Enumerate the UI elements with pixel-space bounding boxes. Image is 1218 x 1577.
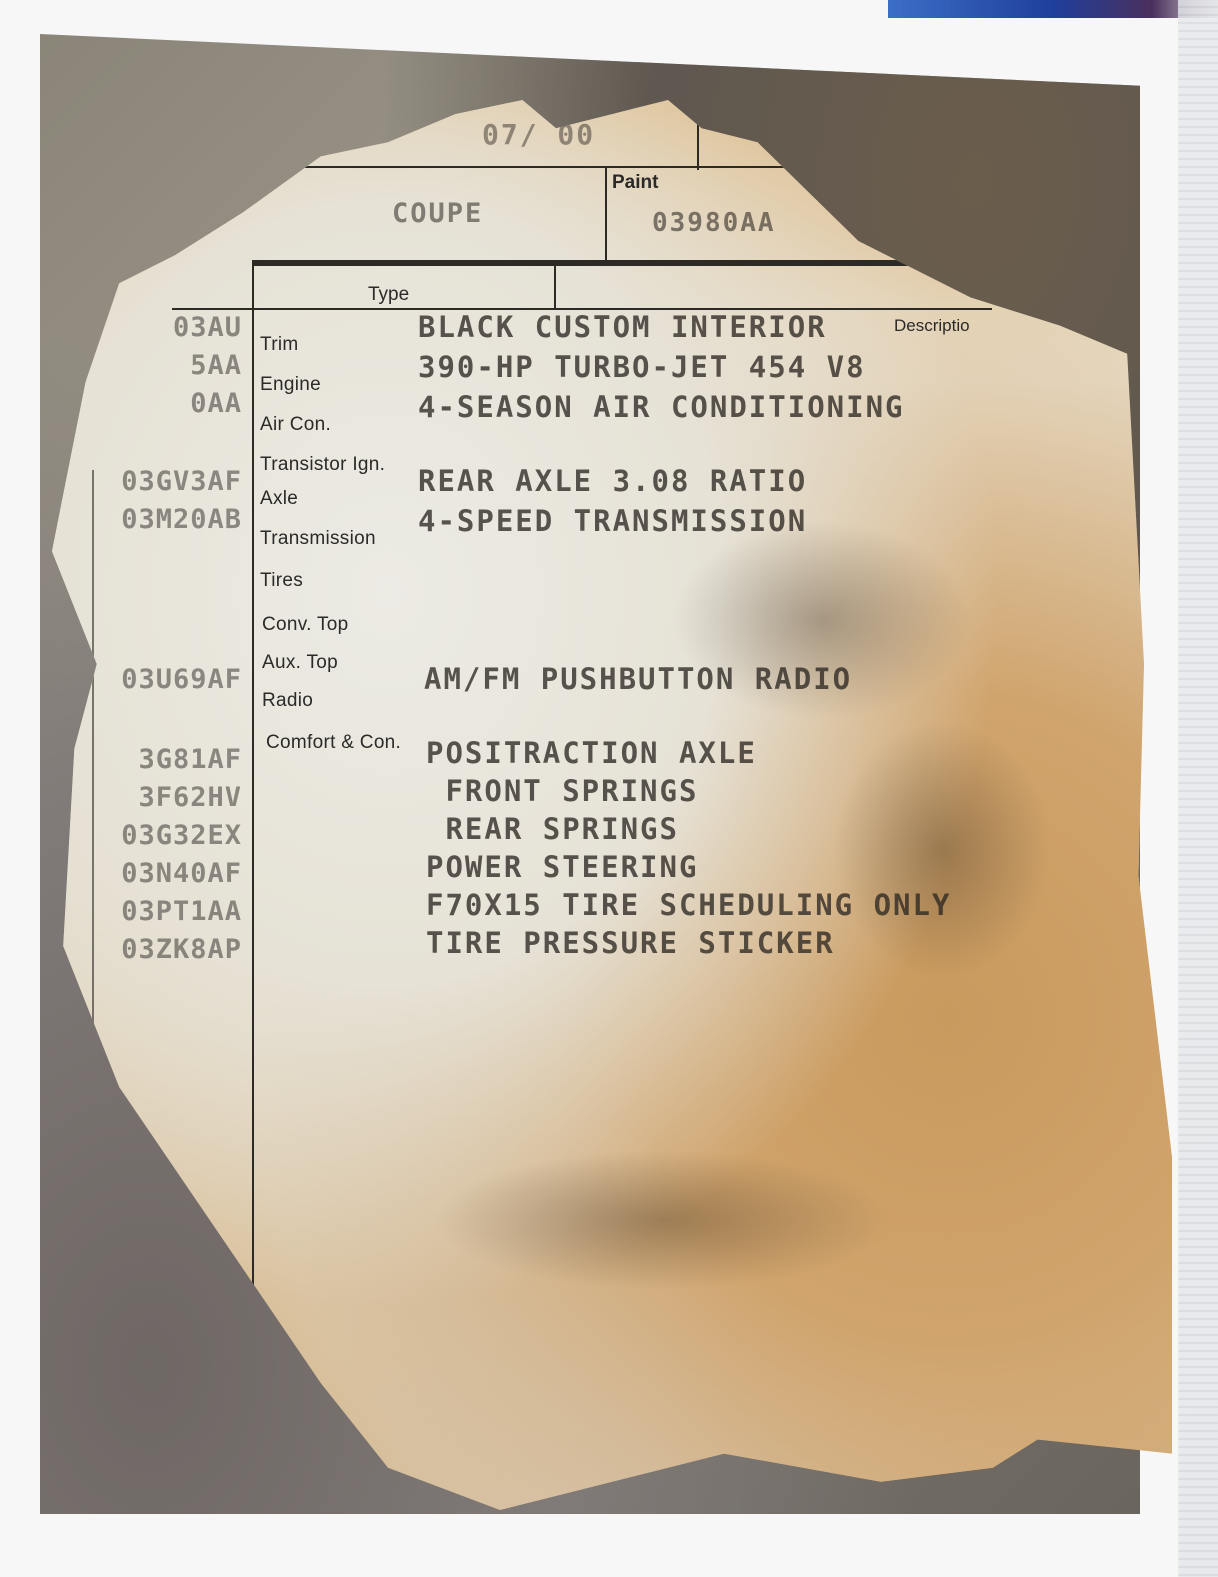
- option-description: POSITRACTION AXLE: [426, 736, 757, 770]
- option-label-engine: Engine: [260, 374, 321, 396]
- thick-header-rule: [252, 260, 992, 266]
- option-label-trim: Trim: [260, 334, 298, 356]
- header-partial-text: 07/ 00: [482, 118, 595, 151]
- option-label-transistor-ign: Transistor Ign.: [260, 454, 385, 476]
- paint-label: Paint: [612, 172, 658, 194]
- header-rule: [292, 166, 852, 168]
- option-description: REAR AXLE 3.08 RATIO: [418, 464, 807, 498]
- option-description: REAR SPRINGS: [426, 812, 679, 846]
- option-description: POWER STEERING: [426, 850, 698, 884]
- option-code: 03N40AF: [82, 858, 242, 889]
- type-divider: [554, 266, 556, 310]
- option-label-radio: Radio: [262, 690, 313, 712]
- option-description: TIRE PRESSURE STICKER: [426, 926, 835, 960]
- option-description: BLACK CUSTOM INTERIOR: [418, 310, 827, 344]
- paint-code: 03980AA: [652, 208, 776, 238]
- option-code: 03PT1AA: [82, 896, 242, 927]
- option-label-comfort-con: Comfort & Con.: [266, 732, 401, 754]
- description-label: Descriptio: [894, 316, 970, 336]
- option-code: 3F62HV: [82, 782, 242, 813]
- ink-smudge: [832, 720, 1052, 980]
- paint-divider: [605, 166, 607, 266]
- option-code: 5AA: [82, 350, 242, 381]
- option-label-axle: Axle: [260, 488, 298, 510]
- option-label-tires: Tires: [260, 570, 303, 592]
- type-label: Type: [368, 284, 409, 306]
- option-code: 03G32EX: [82, 820, 242, 851]
- plastic-sleeve-edge: [1178, 0, 1218, 1577]
- background-fabric: [888, 0, 1218, 18]
- option-description: F70X15 TIRE SCHEDULING ONLY: [426, 888, 951, 922]
- option-label-air-con: Air Con.: [260, 414, 331, 436]
- ink-smudge: [432, 1150, 892, 1290]
- option-description: 390-HP TURBO-JET 454 V8: [418, 350, 866, 384]
- option-label-transmission: Transmission: [260, 528, 376, 550]
- option-code: 0AA: [82, 388, 242, 419]
- option-code: 03ZK8AP: [82, 934, 242, 965]
- option-code: 03GV3AF: [82, 466, 242, 497]
- option-description: FRONT SPRINGS: [426, 774, 698, 808]
- option-label-aux-top: Aux. Top: [262, 652, 338, 674]
- option-label-conv-top: Conv. Top: [262, 614, 349, 636]
- option-code: 03M20AB: [82, 504, 242, 535]
- option-code: 3G81AF: [82, 744, 242, 775]
- option-code: 03U69AF: [82, 664, 242, 695]
- option-description: AM/FM PUSHBUTTON RADIO: [424, 662, 852, 696]
- option-description: 4-SEASON AIR CONDITIONING: [418, 390, 905, 424]
- body-style-text: COUPE: [392, 198, 483, 229]
- option-description: 4-SPEED TRANSMISSION: [418, 504, 807, 538]
